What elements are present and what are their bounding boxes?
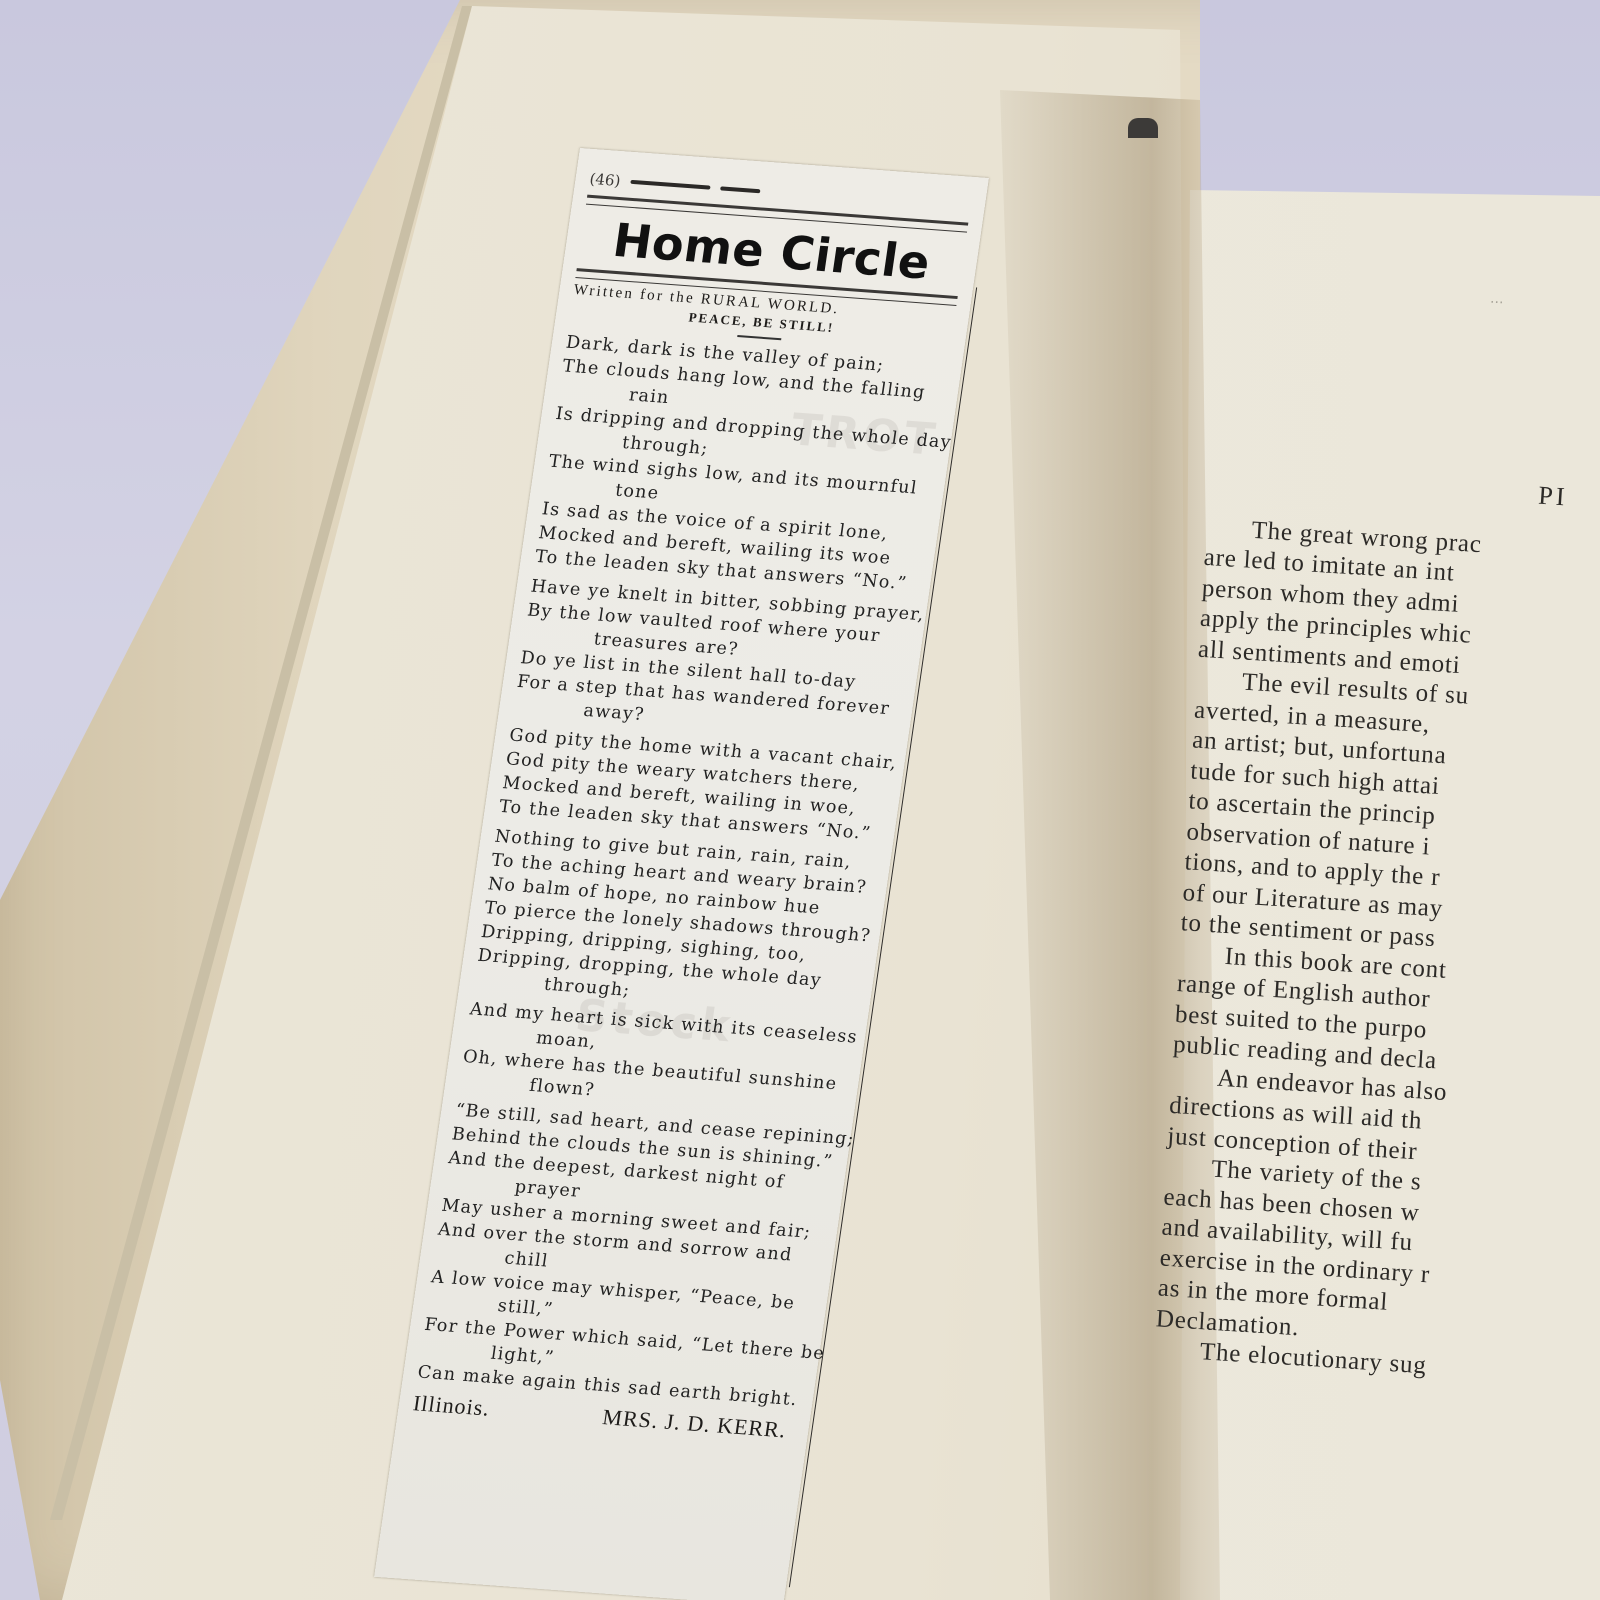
short-divider [737,335,781,340]
book-spine-edge [1128,118,1158,138]
page-number: (46) [588,170,621,190]
author-location: Illinois. [411,1390,491,1421]
header-dash [720,186,760,193]
preface-text: PI The great wrong pracare led to imitat… [1153,460,1600,1397]
poem-stanza: “Be still, sad heart, and cease repining… [416,1098,838,1412]
faint-stamp: ··· [1490,295,1504,312]
poem-stanza: Nothing to give but rain, rain, rain,To … [473,824,878,1019]
poem-stanza: Have ye knelt in bitter, sobbing prayer,… [512,574,914,745]
header-dash [630,180,710,190]
author-name: MRS. J. D. KERR. [601,1404,788,1443]
poem-stanza: Dark, dark is the valley of pain;The clo… [534,330,949,596]
preface-body: The great wrong pracare led to imitate a… [1153,512,1600,1397]
